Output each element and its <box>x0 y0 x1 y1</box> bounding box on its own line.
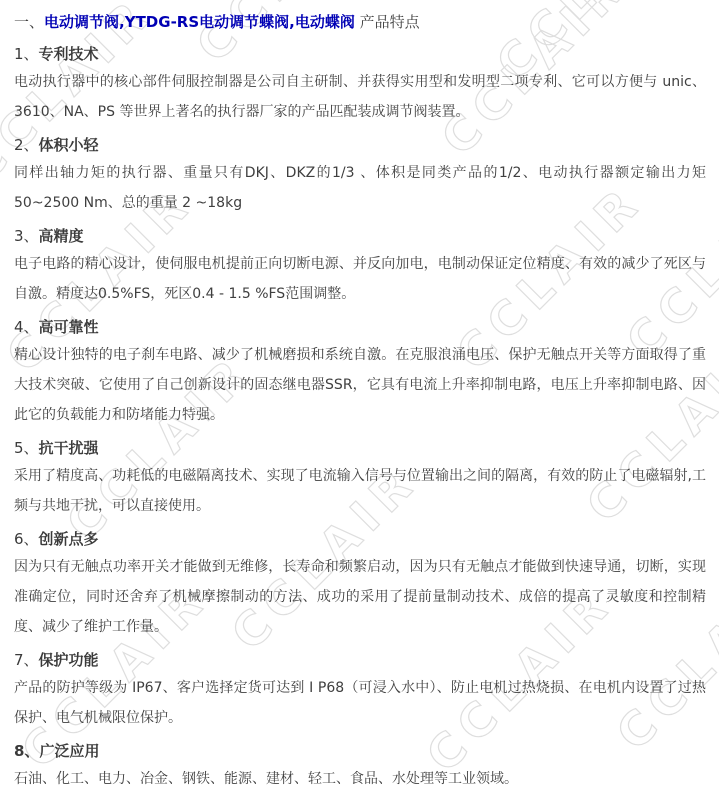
feature-section: 1、专利技术 电动执行器中的核心部件伺服控制器是公司自主研制、并获得实用型和发明… <box>14 45 706 127</box>
section-heading-label: 高精度 <box>39 227 84 245</box>
section-body-text: 同样出轴力矩的执行器、重量只有DKJ、DKZ的1/3 、体积是同类产品的1/2、… <box>14 158 706 218</box>
section-body-text: 精心设计独特的电子刹车电路、减少了机械磨损和系统自激。在克服浪涌电压、保护无触点… <box>14 340 706 430</box>
section-heading-label: 高可靠性 <box>39 318 99 336</box>
section-number: 6、 <box>14 530 39 548</box>
title-suffix: 产品特点 <box>355 13 420 31</box>
section-number: 5、 <box>14 439 39 457</box>
section-heading-label: 广泛应用 <box>39 742 99 760</box>
section-body-text: 产品的防护等级为 IP67、客户选择定货可达到 I P68（可浸入水中）、防止电… <box>14 673 706 733</box>
product-features-page: { "page": { "title": { "prefix": "一、", "… <box>0 0 719 792</box>
section-body-text: 石油、化工、电力、冶金、钢铁、能源、建材、轻工、食品、水处理等工业领域。 <box>14 764 706 792</box>
section-heading: 7、保护功能 <box>14 651 706 670</box>
feature-section: 4、高可靠性 精心设计独特的电子刹车电路、减少了机械磨损和系统自激。在克服浪涌电… <box>14 318 706 430</box>
section-number: 2、 <box>14 136 39 154</box>
section-heading: 6、创新点多 <box>14 530 706 549</box>
title-product-keywords: 电动调节阀,YTDG-RS电动调节蝶阀,电动蝶阀 <box>44 13 355 31</box>
title-prefix: 一、 <box>14 13 44 31</box>
section-heading: 2、体积小轻 <box>14 136 706 155</box>
section-heading: 5、抗干扰强 <box>14 439 706 458</box>
section-number: 7、 <box>14 651 39 669</box>
feature-section: 8、广泛应用 石油、化工、电力、冶金、钢铁、能源、建材、轻工、食品、水处理等工业… <box>14 742 706 792</box>
feature-section: 7、保护功能 产品的防护等级为 IP67、客户选择定货可达到 I P68（可浸入… <box>14 651 706 733</box>
section-body-text: 因为只有无触点功率开关才能做到无维修，长寿命和频繁启动，因为只有无触点才能做到快… <box>14 552 706 642</box>
sections: 1、专利技术 电动执行器中的核心部件伺服控制器是公司自主研制、并获得实用型和发明… <box>14 45 706 792</box>
section-heading-label: 保护功能 <box>39 651 99 669</box>
section-body-text: 采用了精度高、功耗低的电磁隔离技术、实现了电流输入信号与位置输出之间的隔离，有效… <box>14 461 706 521</box>
section-number: 3、 <box>14 227 39 245</box>
section-heading-label: 体积小轻 <box>39 136 99 154</box>
page-title: 一、电动调节阀,YTDG-RS电动调节蝶阀,电动蝶阀 产品特点 <box>14 12 706 33</box>
feature-section: 5、抗干扰强 采用了精度高、功耗低的电磁隔离技术、实现了电流输入信号与位置输出之… <box>14 439 706 521</box>
section-heading-label: 专利技术 <box>39 45 99 63</box>
document-content: 一、电动调节阀,YTDG-RS电动调节蝶阀,电动蝶阀 产品特点 1、专利技术 电… <box>0 0 719 792</box>
section-heading-label: 抗干扰强 <box>39 439 99 457</box>
section-heading-label: 创新点多 <box>39 530 99 548</box>
section-heading: 8、广泛应用 <box>14 742 706 761</box>
section-heading: 3、高精度 <box>14 227 706 246</box>
section-number: 4、 <box>14 318 39 336</box>
section-number: 8、 <box>14 742 39 760</box>
section-heading: 4、高可靠性 <box>14 318 706 337</box>
section-body-text: 电动执行器中的核心部件伺服控制器是公司自主研制、并获得实用型和发明型二项专利、它… <box>14 67 706 127</box>
section-heading: 1、专利技术 <box>14 45 706 64</box>
feature-section: 3、高精度 电子电路的精心设计，使伺服电机提前正向切断电源、并反向加电，电制动保… <box>14 227 706 309</box>
section-body-text: 电子电路的精心设计，使伺服电机提前正向切断电源、并反向加电，电制动保证定位精度、… <box>14 249 706 309</box>
feature-section: 2、体积小轻 同样出轴力矩的执行器、重量只有DKJ、DKZ的1/3 、体积是同类… <box>14 136 706 218</box>
feature-section: 6、创新点多 因为只有无触点功率开关才能做到无维修，长寿命和频繁启动，因为只有无… <box>14 530 706 642</box>
section-number: 1、 <box>14 45 39 63</box>
